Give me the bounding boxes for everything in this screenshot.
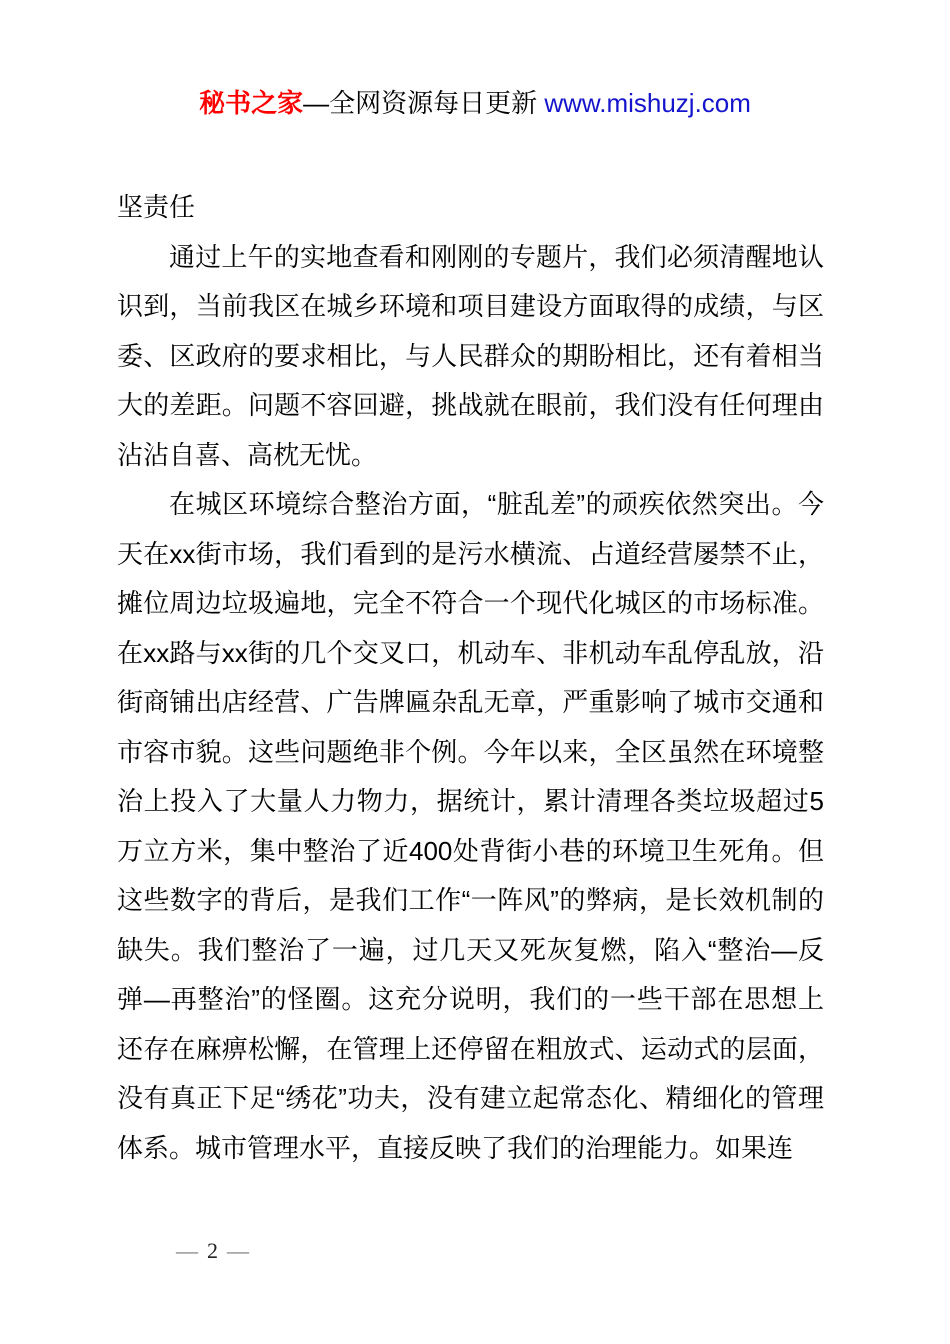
- site-brand: 秘书之家: [199, 88, 303, 118]
- site-tagline: —全网资源每日更新: [303, 88, 544, 118]
- page-number-dash-right: —: [227, 1238, 249, 1263]
- page-number-footer: —2—: [176, 1238, 249, 1264]
- page-number: 2: [207, 1238, 218, 1263]
- paragraph: 在城区环境综合整治方面，“脏乱差”的顽疾依然突出。今天在xx街市场，我们看到的是…: [117, 480, 824, 1173]
- document-page: 秘书之家—全网资源每日更新 www.mishuzj.com 坚责任通过上午的实地…: [0, 0, 950, 1344]
- paragraph: 通过上午的实地查看和刚刚的专题片，我们必须清醒地认识到，当前我区在城乡环境和项目…: [117, 233, 824, 481]
- site-url-link[interactable]: www.mishuzj.com: [544, 88, 751, 118]
- document-body: 坚责任通过上午的实地查看和刚刚的专题片，我们必须清醒地认识到，当前我区在城乡环境…: [117, 183, 824, 1173]
- page-number-dash-left: —: [176, 1238, 198, 1263]
- paragraph: 坚责任: [117, 183, 824, 233]
- site-header: 秘书之家—全网资源每日更新 www.mishuzj.com: [0, 86, 950, 120]
